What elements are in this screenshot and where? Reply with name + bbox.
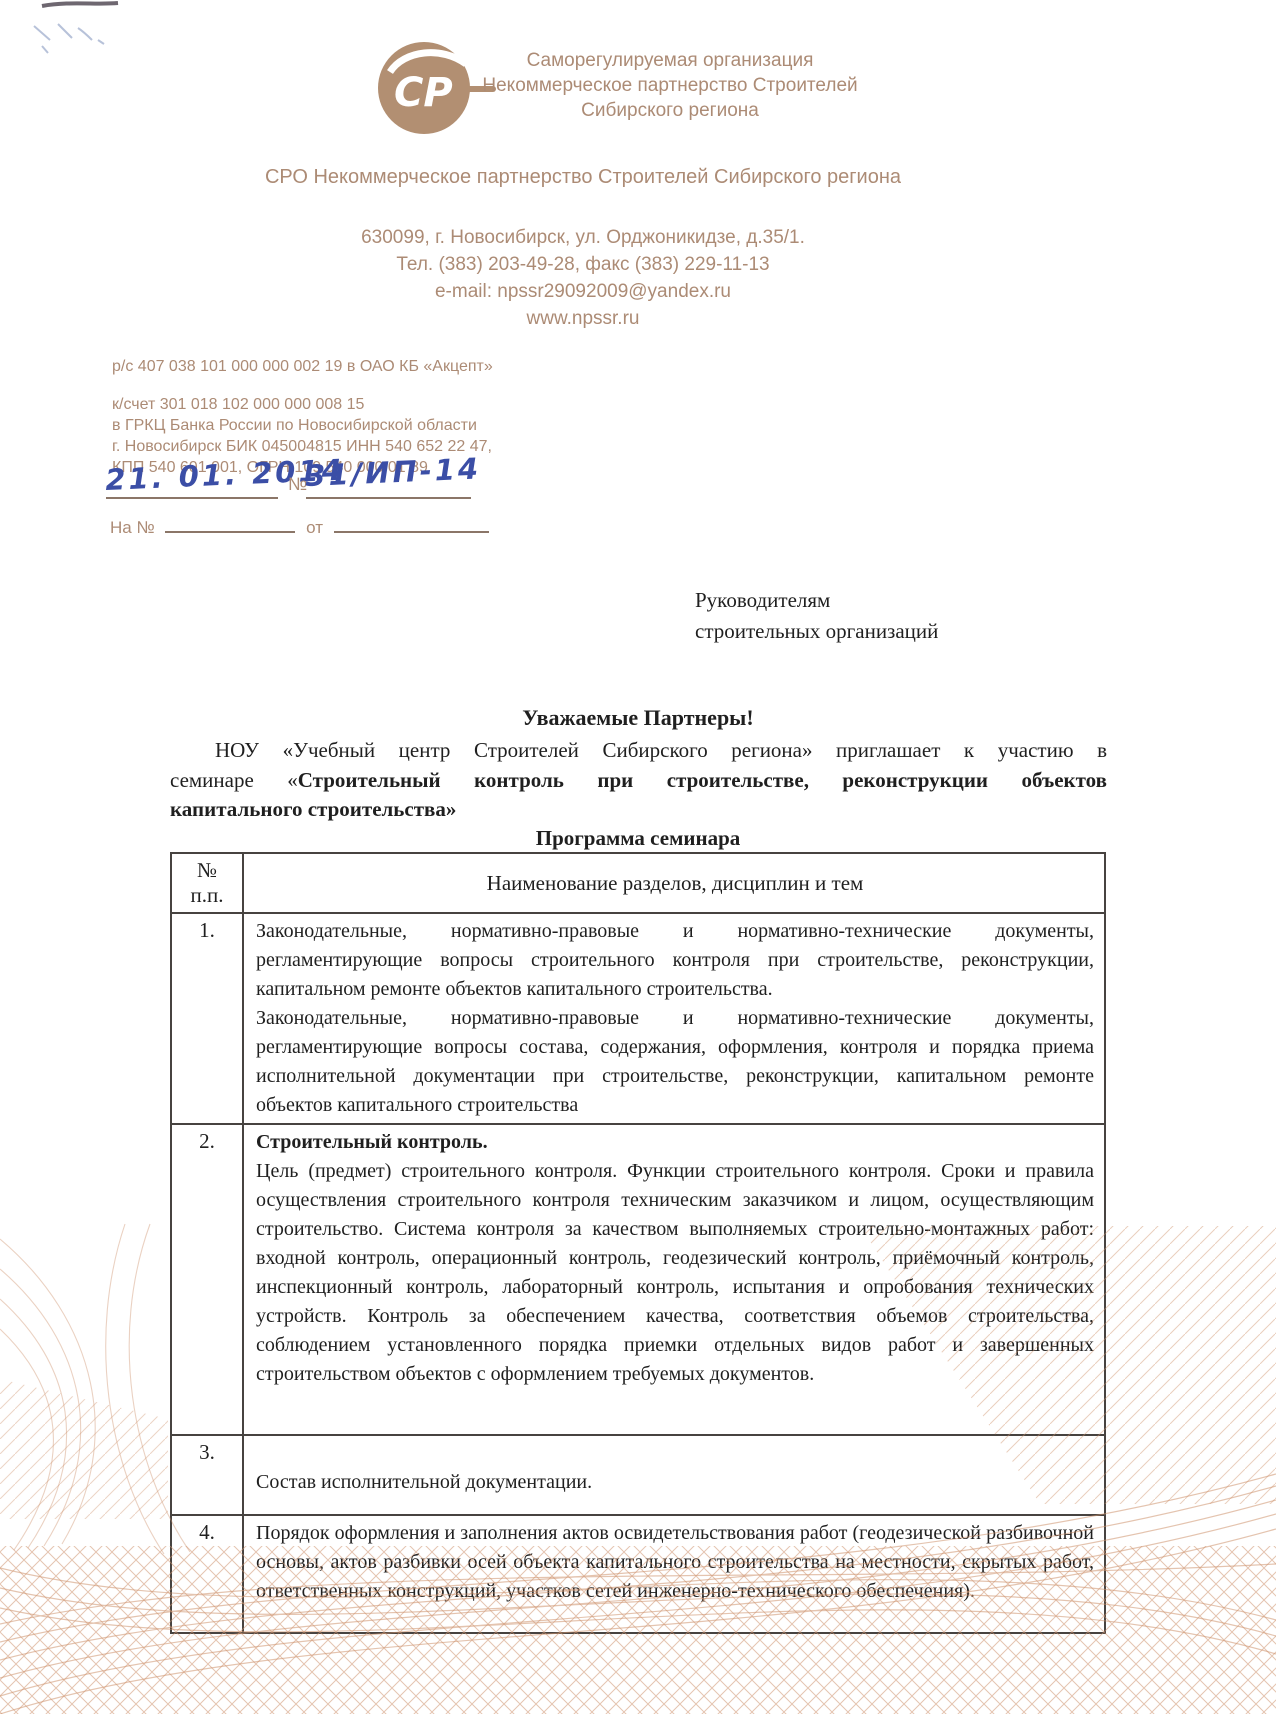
org-name-line-3: Сибирского региона — [470, 98, 870, 123]
addressee-line-1: Руководителям — [695, 585, 938, 616]
reply-number-blank — [165, 530, 295, 533]
table-row-2: 2. Строительный контроль. Цель (предмет)… — [172, 1123, 1104, 1434]
header-cell-number: № п.п. — [172, 854, 244, 912]
reply-from-label: от — [306, 518, 323, 537]
phone-fax: Тел. (383) 203-49-28, факс (383) 229-11-… — [0, 251, 1166, 278]
corr-account-line: к/счет 301 018 102 000 000 008 15 — [112, 394, 492, 415]
postal-address: 630099, г. Новосибирск, ул. Орджоникидзе… — [0, 224, 1166, 251]
intro-line-1: НОУ «Учебный центр Строителей Сибирского… — [170, 736, 1107, 766]
row-3-paragraph-1: Состав исполнительной документации. — [256, 1468, 1094, 1497]
website-address: www.npssr.ru — [0, 305, 1166, 332]
settlement-account-line: р/с 407 038 101 000 000 002 19 в ОАО КБ … — [112, 358, 493, 376]
row-4-number: 4. — [172, 1516, 244, 1632]
row-3-content: Состав исполнительной документации. — [244, 1436, 1104, 1514]
row-1-paragraph-1: Законодательные, нормативно-правовые и н… — [256, 917, 1094, 1004]
header-number-sub: п.п. — [172, 883, 242, 908]
org-name-block: Саморегулируемая организация Некоммерчес… — [470, 48, 870, 123]
intro-paragraph: НОУ «Учебный центр Строителей Сибирского… — [170, 736, 1107, 825]
reply-number-label: На № — [110, 518, 155, 537]
reply-reference-line: На № от — [110, 518, 495, 538]
intro-line-2-bold: Строительный контроль при строительстве,… — [298, 768, 1107, 792]
row-2-number: 2. — [172, 1125, 244, 1434]
date-underline — [106, 496, 278, 499]
program-table: № п.п. Наименование разделов, дисциплин … — [170, 852, 1106, 1634]
addressee-line-2: строительных организаций — [695, 616, 938, 647]
row-4-content: Порядок оформления и заполнения актов ос… — [244, 1516, 1104, 1632]
table-row-4: 4. Порядок оформления и заполнения актов… — [172, 1514, 1104, 1632]
row-2-title: Строительный контроль. — [256, 1128, 1094, 1157]
row-2-paragraph-1: Цель (предмет) строительного контроля. Ф… — [256, 1157, 1094, 1389]
addressee-block: Руководителям строительных организаций — [695, 585, 938, 647]
header-number-symbol: № — [172, 858, 242, 883]
org-name-line-2: Некоммерческое партнерство Строителей — [470, 73, 870, 98]
program-title: Программа семинара — [170, 826, 1106, 851]
intro-line-2-regular: семинаре « — [170, 768, 298, 792]
org-full-name: СРО Некоммерческое партнерство Строителе… — [0, 166, 1166, 189]
row-1-content: Законодательные, нормативно-правовые и н… — [244, 914, 1104, 1123]
bank-name-line: в ГРКЦ Банка России по Новосибирской обл… — [112, 415, 492, 436]
contact-block: 630099, г. Новосибирск, ул. Орджоникидзе… — [0, 224, 1166, 332]
number-underline — [306, 496, 471, 499]
scanned-letter-page: СР Саморегулируемая организация Некоммер… — [0, 0, 1276, 1714]
row-4-paragraph-1: Порядок оформления и заполнения актов ос… — [256, 1519, 1094, 1606]
intro-line-3: капитального строительства» — [170, 795, 1107, 825]
row-2-content: Строительный контроль. Цель (предмет) ст… — [244, 1125, 1104, 1434]
org-name-line-1: Саморегулируемая организация — [470, 48, 870, 73]
row-3-number: 3. — [172, 1436, 244, 1514]
table-header-row: № п.п. Наименование разделов, дисциплин … — [172, 854, 1104, 912]
row-1-number: 1. — [172, 914, 244, 1123]
salutation: Уважаемые Партнеры! — [170, 705, 1106, 731]
logo-monogram: СР — [394, 70, 453, 116]
table-row-3: 3. Состав исполнительной документации. — [172, 1434, 1104, 1514]
intro-line-3-bold: капитального строительства» — [170, 797, 456, 821]
table-row-1: 1. Законодательные, нормативно-правовые … — [172, 912, 1104, 1123]
intro-line-2: семинаре «Строительный контроль при стро… — [170, 766, 1107, 796]
email-address: e-mail: npssr29092009@yandex.ru — [0, 278, 1166, 305]
reply-from-blank — [334, 530, 489, 533]
outgoing-number-handwritten: 31/ИП-14 — [305, 451, 482, 493]
header-cell-name: Наименование разделов, дисциплин и тем — [244, 854, 1104, 912]
row-1-paragraph-2: Законодательные, нормативно-правовые и н… — [256, 1004, 1094, 1120]
pen-scribble-mark — [14, 0, 194, 70]
